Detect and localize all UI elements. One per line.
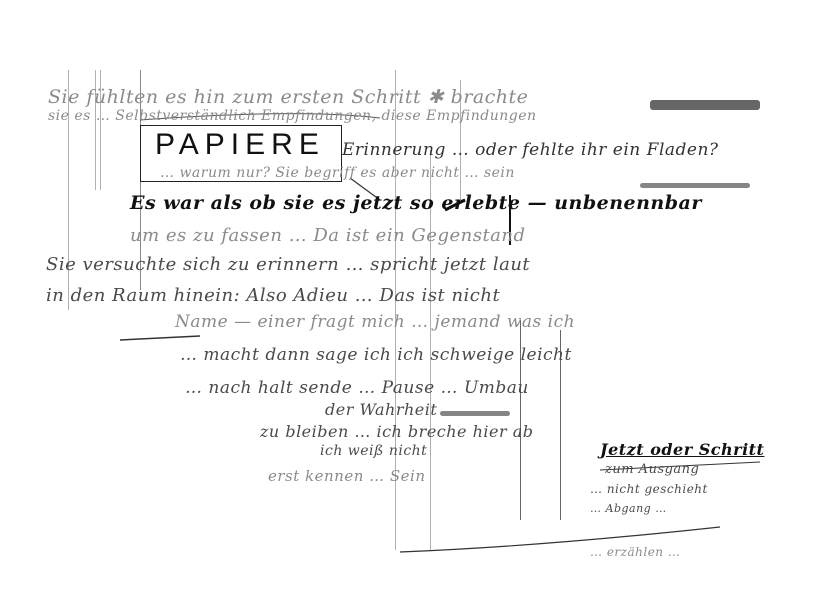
manuscript-line: Es war als ob sie es jetzt so erlebte — … <box>130 192 702 214</box>
manuscript-line: Name — einer fragt mich … jemand was ich <box>175 312 575 332</box>
manuscript-line: erst kennen … Sein <box>268 467 426 485</box>
manuscript-line: Erinnerung … oder fehlte ihr ein Fladen? <box>52 140 719 160</box>
manuscript-line: Sie versuchte sich zu erinnern … spricht… <box>46 254 530 275</box>
manuscript-line: in den Raum hinein: Also Adieu … Das ist… <box>46 285 500 306</box>
manuscript-line: … Abgang … <box>590 502 667 515</box>
manuscript-line: … macht dann sage ich ich schweige leich… <box>180 345 572 365</box>
manuscript-line: der Wahrheit <box>325 400 437 419</box>
manuscript-line: zu bleiben … ich breche hier ab <box>260 422 534 441</box>
manuscript-line: … erzählen … <box>590 545 680 559</box>
manuscript-page: PAPIERE Sie fühlten es hin zum ersten Sc… <box>0 0 840 600</box>
manuscript-line: sie es … Selbstverständlich Empfindungen… <box>48 108 537 124</box>
manuscript-line: … warum nur? Sie begriff es aber nicht …… <box>160 165 515 181</box>
manuscript-line: ich weiß nicht <box>320 443 427 459</box>
manuscript-line: um es zu fassen … Da ist ein Gegenstand <box>130 225 526 246</box>
manuscript-line: Sie fühlten es hin zum ersten Schritt ✱ … <box>48 86 528 108</box>
manuscript-line: … nicht geschieht <box>590 482 708 496</box>
manuscript-line: … nach halt sende … Pause … Umbau <box>185 378 529 398</box>
manuscript-line: Jetzt oder Schritt <box>600 440 764 459</box>
manuscript-line: zum Ausgang <box>605 462 699 477</box>
